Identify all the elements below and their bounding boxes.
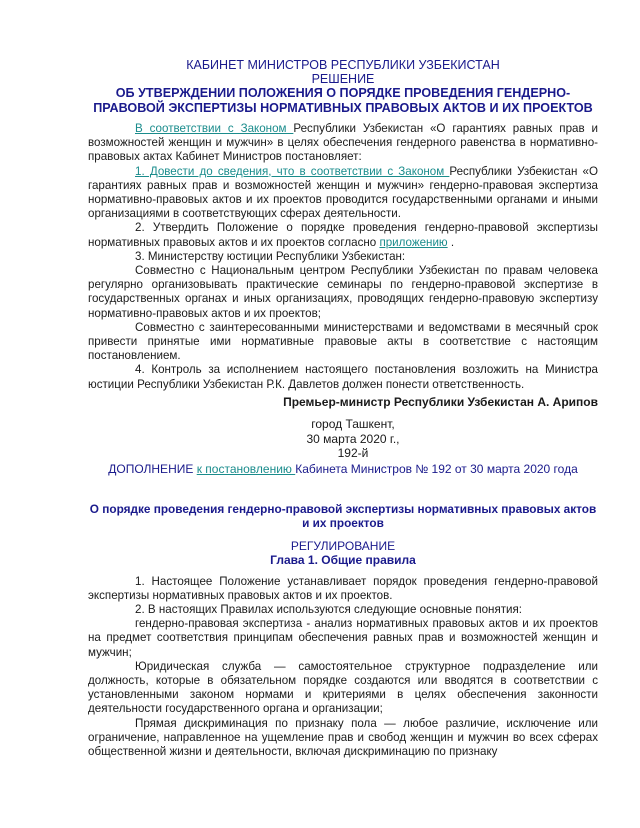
definition-direct-discrimination: Прямая дискриминация по признаку пола — … — [88, 717, 598, 760]
chapter-heading: Глава 1. Общие правила — [88, 553, 598, 567]
clause-2-end: . — [448, 236, 454, 249]
clause-3b: Совместно с заинтересованными министерст… — [88, 321, 598, 364]
addendum-prefix: ДОПОЛНЕНИЕ — [108, 462, 196, 476]
addendum-line: ДОПОЛНЕНИЕ к постановлению Кабинета Мини… — [88, 462, 598, 477]
decision-heading: РЕШЕНИЕ — [88, 72, 598, 86]
clause-1-law-link[interactable]: 1. Довести до сведения, что в соответств… — [135, 165, 449, 178]
document-title-line1: ОБ УТВЕРЖДЕНИИ ПОЛОЖЕНИЯ О ПОРЯДКЕ ПРОВЕ… — [88, 86, 598, 101]
clause-1: 1. Довести до сведения, что в соответств… — [88, 165, 598, 222]
definition-legal-service: Юридическая служба — самостоятельное стр… — [88, 660, 598, 717]
clause-2: 2. Утвердить Положение о порядке проведе… — [88, 221, 598, 249]
clause-4: 4. Контроль за исполнением настоящего по… — [88, 363, 598, 391]
place-date: 30 марта 2020 г., — [88, 432, 598, 447]
preamble-paragraph: В соответствии с Законом Республики Узбе… — [88, 122, 598, 165]
definition-gender-expertise: гендерно-правовая экспертиза - анализ но… — [88, 617, 598, 660]
addendum-suffix: Кабинета Министров № 192 от 30 марта 202… — [295, 462, 578, 476]
document-title-line2: ПРАВОВОЙ ЭКСПЕРТИЗЫ НОРМАТИВНЫХ ПРАВОВЫХ… — [88, 101, 598, 116]
clause-2-text: 2. Утвердить Положение о порядке проведе… — [88, 221, 598, 248]
issuer-heading: КАБИНЕТ МИНИСТРОВ РЕСПУБЛИКИ УЗБЕКИСТАН — [88, 58, 598, 72]
regulation-paragraph-1: 1. Настоящее Положение устанавливает пор… — [88, 575, 598, 603]
law-link[interactable]: В соответствии с Законом — [135, 122, 293, 135]
section-heading: РЕГУЛИРОВАНИЕ — [88, 539, 598, 553]
clause-3: 3. Министерству юстиции Республики Узбек… — [88, 250, 598, 264]
clause-3a: Совместно с Национальным центром Республ… — [88, 264, 598, 321]
regulation-subtitle: О порядке проведения гендерно-правовой э… — [88, 502, 598, 531]
signature: Премьер-министр Республики Узбекистан А.… — [88, 395, 598, 409]
appendix-link[interactable]: приложению — [379, 236, 447, 249]
resolution-link[interactable]: к постановлению — [197, 462, 296, 476]
document-number: 192-й — [88, 446, 598, 461]
regulation-paragraph-2: 2. В настоящих Правилах используются сле… — [88, 603, 598, 617]
document-page: КАБИНЕТ МИНИСТРОВ РЕСПУБЛИКИ УЗБЕКИСТАН … — [88, 58, 598, 759]
place-city: город Ташкент, — [88, 417, 598, 432]
